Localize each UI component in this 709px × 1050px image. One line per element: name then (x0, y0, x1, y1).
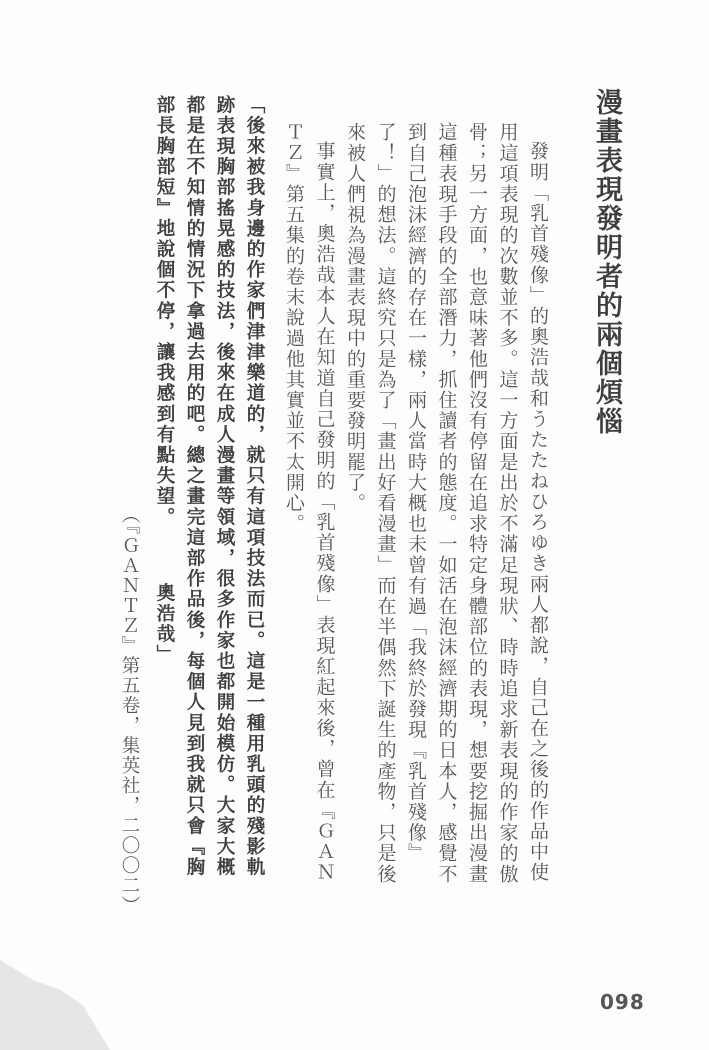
page-curl-shadow (0, 950, 110, 1050)
page-number: 098 (600, 990, 645, 1014)
quote-block: 「後來被我身邊的作家們津津樂道的，就只有這項技法而已。這是一種用乳頭的殘影軌跡表… (149, 95, 269, 895)
body-paragraph-2: 事實上，奧浩哉本人在知道自己發明的「乳首殘像」表現紅起來後，曾在『ＧＡＮＴＺ』第… (279, 122, 340, 902)
citation: （『ＧＡＮＴＺ』第五卷，集英社，二〇〇二） (116, 505, 142, 916)
book-page: 漫畫表現發明者的兩個煩惱 發明「乳首殘像」的奧浩哉和うたたねひろゆき兩人都說，自… (0, 0, 709, 1050)
quote-text: 「後來被我身邊的作家們津津樂道的，就只有這項技法而已。這是一種用乳頭的殘影軌跡表… (149, 95, 269, 895)
body-text: 發明「乳首殘像」的奧浩哉和うたたねひろゆき兩人都說，自己在之後的作品中使用這項表… (279, 122, 554, 902)
quote-body: 「後來被我身邊的作家們津津樂道的，就只有這項技法而已。這是一種用乳頭的殘影軌跡表… (154, 95, 265, 878)
section-title: 漫畫表現發明者的兩個煩惱 (586, 88, 626, 436)
body-paragraph-1: 發明「乳首殘像」的奧浩哉和うたたねひろゆき兩人都說，自己在之後的作品中使用這項表… (340, 122, 554, 902)
quote-signature: 奧浩哉」 (149, 583, 179, 665)
